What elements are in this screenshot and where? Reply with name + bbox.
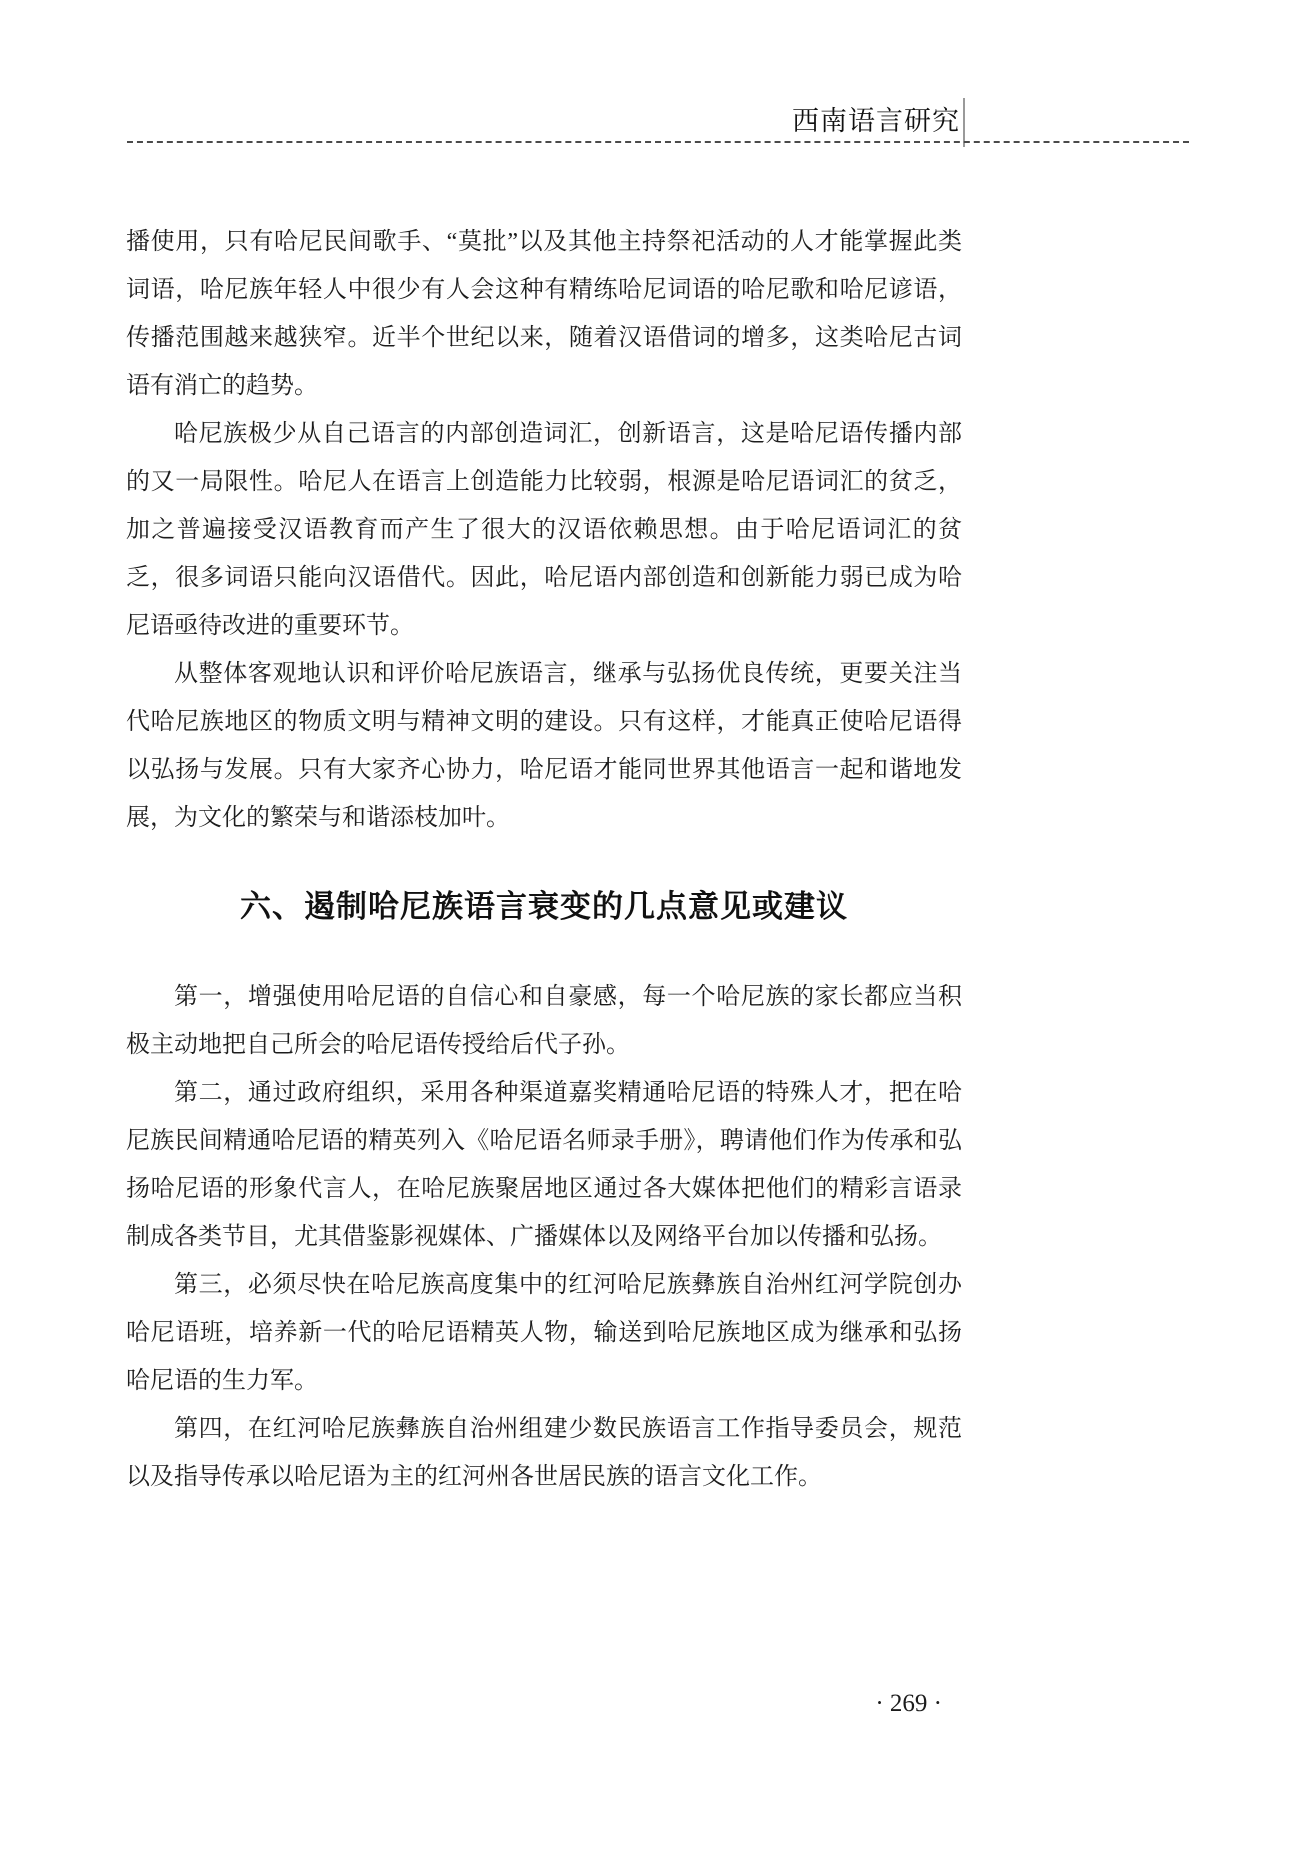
body-paragraph: 第三，必须尽快在哈尼族高度集中的红河哈尼族彝族自治州红河学院创办哈尼语班，培养新… <box>126 1261 962 1405</box>
body-paragraph: 第一，增强使用哈尼语的自信心和自豪感，每一个哈尼族的家长都应当积极主动地把自己所… <box>126 973 962 1069</box>
text-column: 播使用，只有哈尼民间歌手、“莫批”以及其他主持祭祀活动的人才能掌握此类词语，哈尼… <box>126 218 962 1501</box>
header-dashed-rule <box>127 141 1189 143</box>
body-paragraph: 第二，通过政府组织，采用各种渠道嘉奖精通哈尼语的特殊人才，把在哈尼族民间精通哈尼… <box>126 1069 962 1261</box>
running-head-title: 西南语言研究 <box>126 101 960 141</box>
page-number: · 269 · <box>126 1690 942 1718</box>
body-paragraph: 从整体客观地认识和评价哈尼族语言，继承与弘扬优良传统，更要关注当代哈尼族地区的物… <box>126 650 962 842</box>
body-paragraph: 哈尼族极少从自己语言的内部创造词汇，创新语言，这是哈尼语传播内部的又一局限性。哈… <box>126 410 962 650</box>
book-page: 西南语言研究 播使用，只有哈尼民间歌手、“莫批”以及其他主持祭祀活动的人才能掌握… <box>0 0 1307 1859</box>
header-vertical-rule <box>963 98 965 147</box>
body-paragraph: 第四，在红河哈尼族彝族自治州组建少数民族语言工作指导委员会，规范以及指导传承以哈… <box>126 1405 962 1501</box>
section-heading: 六、遏制哈尼族语言衰变的几点意见或建议 <box>126 885 962 929</box>
body-paragraph: 播使用，只有哈尼民间歌手、“莫批”以及其他主持祭祀活动的人才能掌握此类词语，哈尼… <box>126 218 962 410</box>
